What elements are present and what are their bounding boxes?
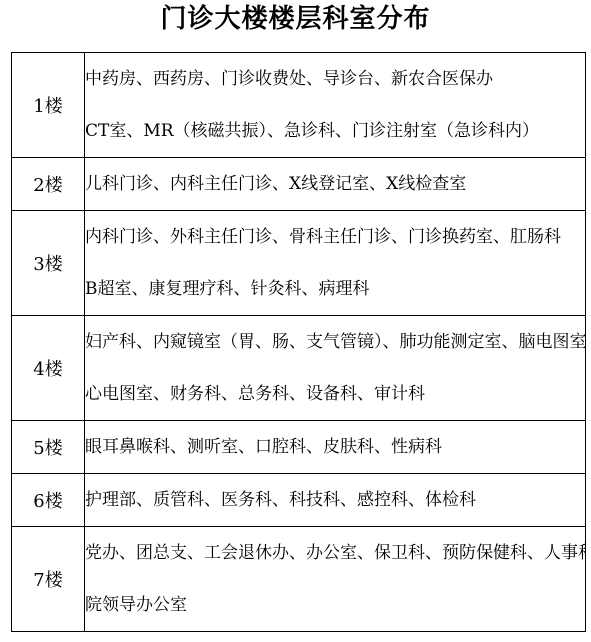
- floor-label: 2楼: [12, 158, 85, 211]
- page-title: 门诊大楼楼层科室分布: [0, 0, 591, 34]
- department-line: 儿科门诊、内科主任门诊、X线登记室、X线检查室: [85, 158, 585, 210]
- table-body: 1楼中药房、西药房、门诊收费处、导诊台、新农合医保办CT室、MR（核磁共振）、急…: [12, 53, 586, 632]
- department-list-cell: 党办、团总支、工会退休办、办公室、保卫科、预防保健科、人事科院领导办公室: [85, 527, 586, 632]
- department-line: 眼耳鼻喉科、测听室、口腔科、皮肤科、性病科: [85, 421, 585, 473]
- page-container: 门诊大楼楼层科室分布 1楼中药房、西药房、门诊收费处、导诊台、新农合医保办CT室…: [0, 0, 591, 642]
- department-list-cell: 妇产科、内窥镜室（胃、肠、支气管镜）、肺功能测定室、脑电图室心电图室、财务科、总…: [85, 316, 586, 421]
- department-line: 内科门诊、外科主任门诊、骨科主任门诊、门诊换药室、肛肠科: [85, 211, 585, 263]
- department-line: 妇产科、内窥镜室（胃、肠、支气管镜）、肺功能测定室、脑电图室: [85, 316, 585, 368]
- department-line: B超室、康复理疗科、针灸科、病理科: [85, 263, 585, 315]
- department-line: 护理部、质管科、医务科、科技科、感控科、体检科: [85, 474, 585, 526]
- department-line: CT室、MR（核磁共振）、急诊科、门诊注射室（急诊科内）: [85, 105, 585, 157]
- floor-label: 7楼: [12, 527, 85, 632]
- table-row: 2楼儿科门诊、内科主任门诊、X线登记室、X线检查室: [12, 158, 586, 211]
- table-row: 5楼眼耳鼻喉科、测听室、口腔科、皮肤科、性病科: [12, 421, 586, 474]
- department-line: 党办、团总支、工会退休办、办公室、保卫科、预防保健科、人事科: [85, 527, 585, 579]
- table-row: 1楼中药房、西药房、门诊收费处、导诊台、新农合医保办CT室、MR（核磁共振）、急…: [12, 53, 586, 158]
- floor-label: 6楼: [12, 474, 85, 527]
- department-list-cell: 内科门诊、外科主任门诊、骨科主任门诊、门诊换药室、肛肠科B超室、康复理疗科、针灸…: [85, 211, 586, 316]
- department-list-cell: 儿科门诊、内科主任门诊、X线登记室、X线检查室: [85, 158, 586, 211]
- floor-department-table: 1楼中药房、西药房、门诊收费处、导诊台、新农合医保办CT室、MR（核磁共振）、急…: [11, 52, 586, 632]
- department-list-cell: 中药房、西药房、门诊收费处、导诊台、新农合医保办CT室、MR（核磁共振）、急诊科…: [85, 53, 586, 158]
- department-line: 院领导办公室: [85, 579, 585, 631]
- table-row: 6楼护理部、质管科、医务科、科技科、感控科、体检科: [12, 474, 586, 527]
- department-list-cell: 护理部、质管科、医务科、科技科、感控科、体检科: [85, 474, 586, 527]
- department-line: 中药房、西药房、门诊收费处、导诊台、新农合医保办: [85, 53, 585, 105]
- table-row: 7楼党办、团总支、工会退休办、办公室、保卫科、预防保健科、人事科院领导办公室: [12, 527, 586, 632]
- department-list-cell: 眼耳鼻喉科、测听室、口腔科、皮肤科、性病科: [85, 421, 586, 474]
- table-row: 4楼妇产科、内窥镜室（胃、肠、支气管镜）、肺功能测定室、脑电图室心电图室、财务科…: [12, 316, 586, 421]
- floor-label: 3楼: [12, 211, 85, 316]
- floor-label: 5楼: [12, 421, 85, 474]
- floor-label: 1楼: [12, 53, 85, 158]
- department-line: 心电图室、财务科、总务科、设备科、审计科: [85, 368, 585, 420]
- floor-label: 4楼: [12, 316, 85, 421]
- table-row: 3楼内科门诊、外科主任门诊、骨科主任门诊、门诊换药室、肛肠科B超室、康复理疗科、…: [12, 211, 586, 316]
